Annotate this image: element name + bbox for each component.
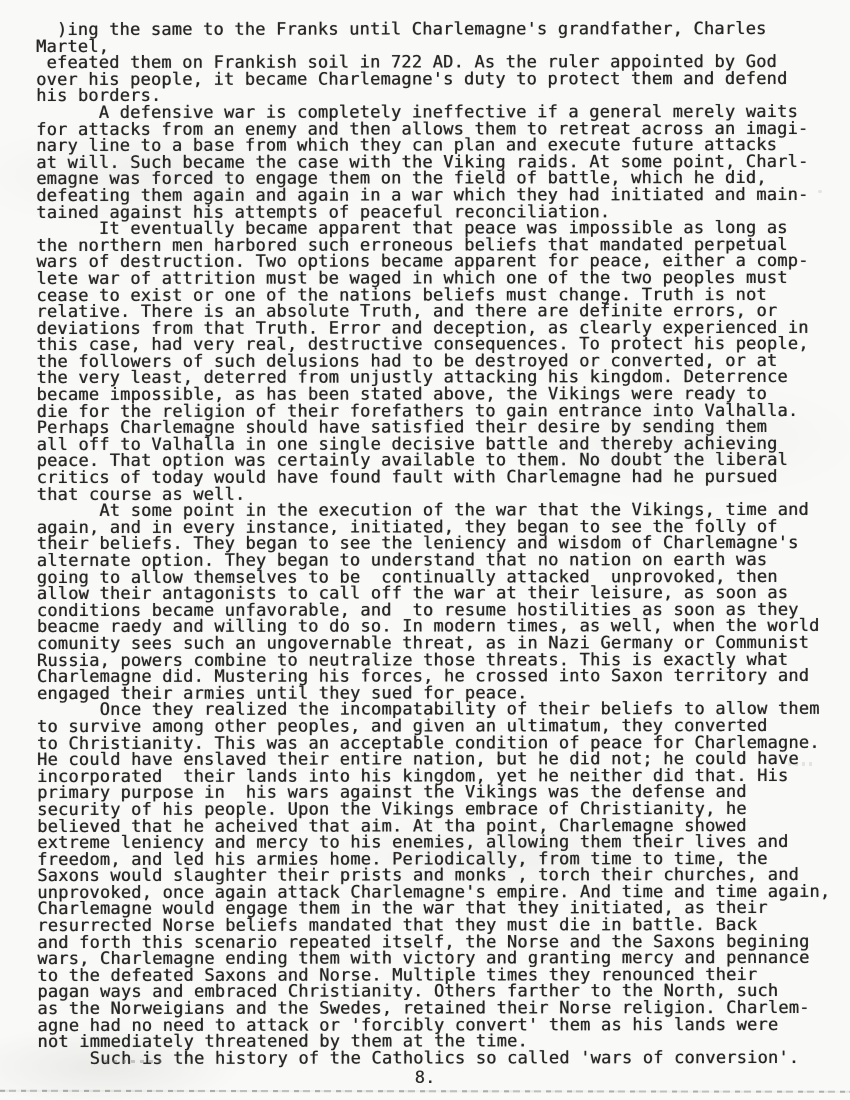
paragraph: )ing the same to the Franks until Charle… [36, 21, 842, 105]
page-number: 8. [0, 1068, 850, 1088]
paragraph: A defensive war is completely ineffectiv… [36, 104, 842, 221]
paragraph: Such is the history of the Catholics so … [37, 1050, 843, 1068]
scan-edge-artifact [0, 1088, 850, 1094]
paragraph: At some point in the execution of the wa… [37, 502, 843, 702]
paragraph: It eventually became apparent that peace… [36, 220, 842, 503]
paragraph: Once they realized the incompatability o… [37, 701, 843, 1051]
scanned-document-page: )ing the same to the Franks until Charle… [0, 0, 850, 1100]
text-block: )ing the same to the Franks until Charle… [36, 21, 843, 1068]
